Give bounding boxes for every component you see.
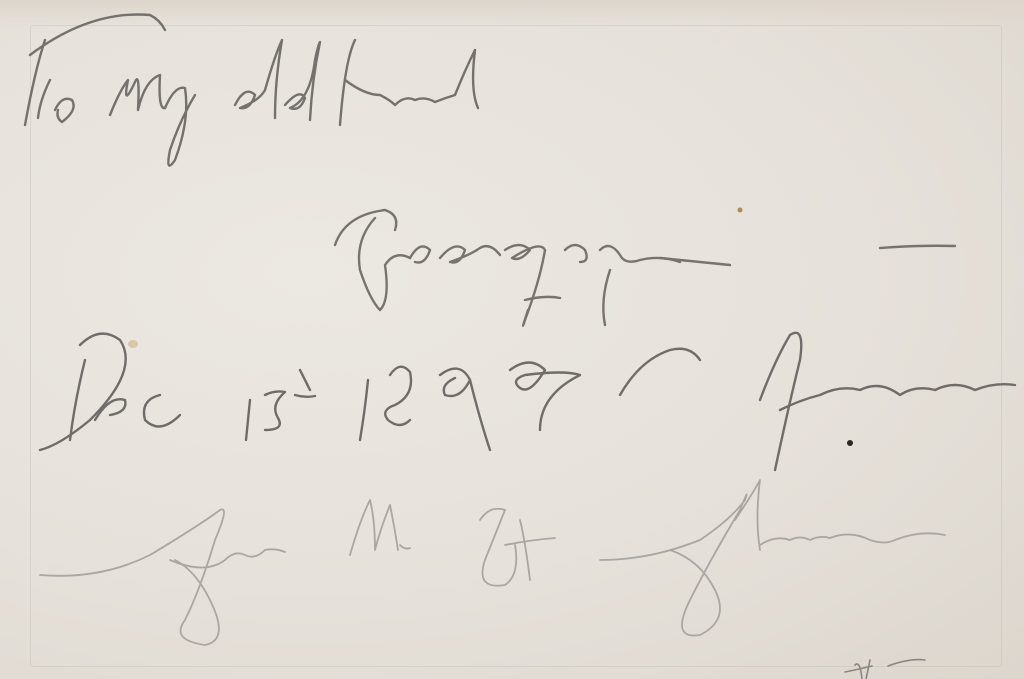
- inscription-line-2: Georgia —: [330, 230, 544, 276]
- inscription-line-3: Dec 15th 1898 from: [40, 380, 447, 426]
- inscribed-paper: To my old Friend Georgia — Dec 15th 1898…: [0, 0, 1024, 679]
- paper-stain: [128, 340, 138, 348]
- signature: Chas. M. St Clair: [110, 520, 458, 566]
- inscription-line-1: To my old Friend: [30, 60, 374, 106]
- corner-note: #5: [845, 650, 874, 674]
